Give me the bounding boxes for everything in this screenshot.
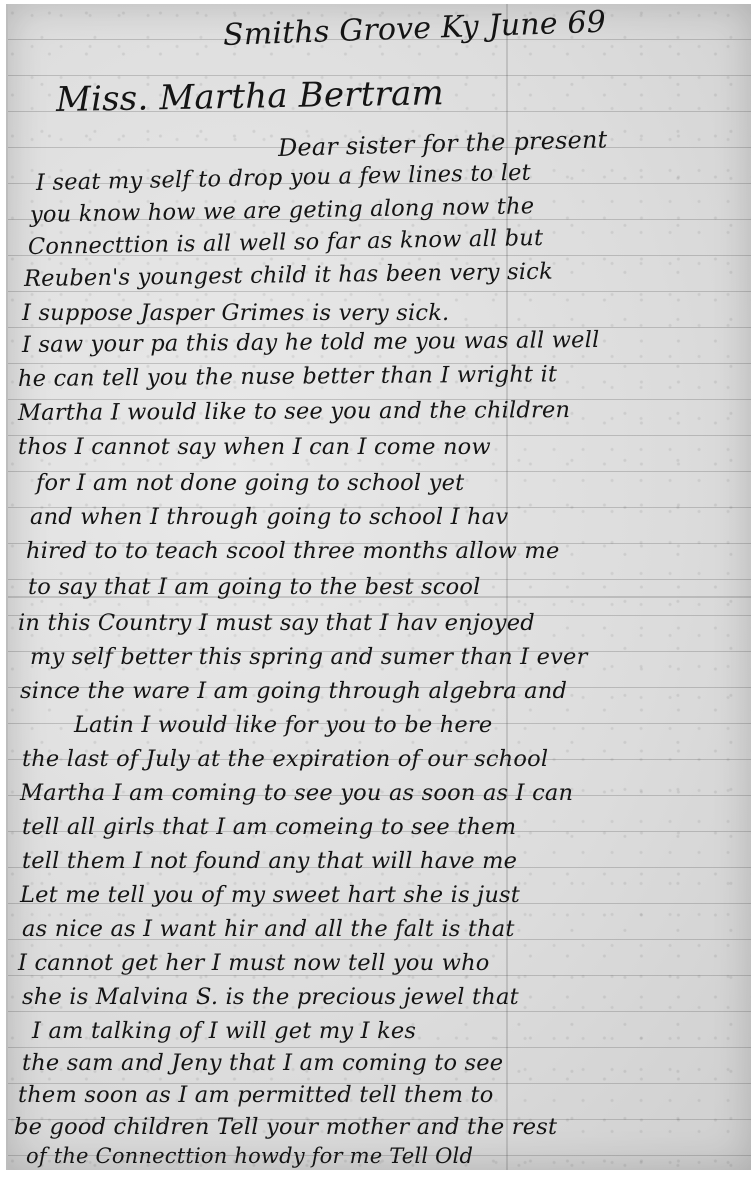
body-line: of the Connecttion howdy for me Tell Old [26, 1144, 473, 1168]
body-line: my self better this spring and sumer tha… [30, 644, 588, 670]
body-line: and when I through going to school I hav [30, 504, 508, 530]
letter-page: Smiths Grove Ky June 69 Miss. Martha Ber… [6, 4, 751, 1170]
body-line: I cannot get her I must now tell you who [18, 950, 490, 976]
body-line: since the ware I am going through algebr… [20, 678, 567, 704]
body-line: hired to to teach scool three months all… [26, 538, 560, 564]
place-and-date: Smiths Grove Ky June 69 [222, 5, 606, 53]
body-line: Connecttion is all well so far as know a… [28, 225, 544, 260]
body-line: as nice as I want hir and all the falt i… [22, 916, 515, 942]
body-line: Martha I am coming to see you as soon as… [20, 780, 573, 806]
body-line: you know how we are geting along now the [30, 193, 535, 228]
body-line: Let me tell you of my sweet hart she is … [20, 882, 520, 908]
body-line: in this Country I must say that I hav en… [18, 610, 535, 636]
body-line: them soon as I am permitted tell them to [18, 1082, 493, 1108]
body-line: I am talking of I will get my I kes [32, 1018, 416, 1044]
body-line: I suppose Jasper Grimes is very sick. [22, 300, 449, 326]
body-line: the last of July at the expiration of ou… [22, 746, 548, 772]
body-line: tell all girls that I am comeing to see … [22, 814, 516, 840]
body-line: to say that I am going to the best scool [28, 574, 480, 600]
body-line: tell them I not found any that will have… [22, 848, 517, 874]
body-line: I seat my self to drop you a few lines t… [36, 160, 531, 196]
body-line: she is Malvina S. is the precious jewel … [22, 984, 519, 1010]
body-line: be good children Tell your mother and th… [14, 1114, 557, 1140]
body-line: the sam and Jeny that I am coming to see [22, 1050, 503, 1076]
body-line: he can tell you the nuse better than I w… [18, 361, 557, 392]
body-line: I saw your pa this day he told me you wa… [22, 327, 600, 358]
body-line: for I am not done going to school yet [36, 470, 464, 496]
greeting: Dear sister for the present [278, 125, 608, 162]
body-line: thos I cannot say when I can I come now [18, 434, 491, 460]
addressee: Miss. Martha Bertram [56, 73, 445, 120]
body-line: Martha I would like to see you and the c… [18, 397, 570, 426]
body-line: Latin I would like for you to be here [74, 712, 492, 738]
body-line: Reuben's youngest child it has been very… [24, 259, 553, 292]
